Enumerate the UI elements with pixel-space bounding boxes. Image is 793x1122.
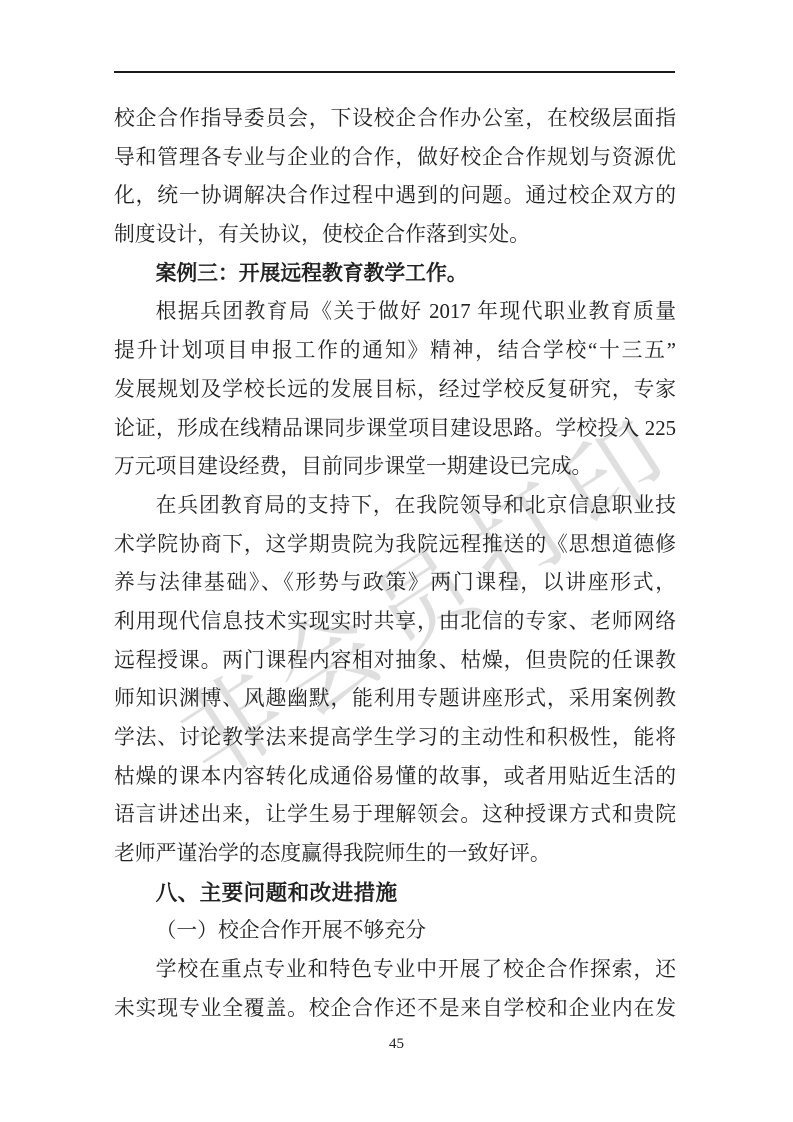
text-line: 根据兵团教育局《关于做好 2017 年现代职业教育质量	[114, 293, 676, 332]
text-line: 养与法律基础》、《形势与政策》两门课程，以讲座形式，	[114, 564, 676, 603]
text-line: 利用现代信息技术实现实时共享，由北信的专家、老师网络	[114, 603, 676, 642]
text-line: 校企合作指导委员会，下设校企合作办公室，在校级层面指	[114, 100, 676, 139]
text-line: 提升计划项目申报工作的通知》精神，结合学校“十三五”	[114, 332, 676, 371]
text-line: 学校在重点专业和特色专业中开展了校企合作探索，还	[114, 951, 676, 990]
case-three-heading: 案例三：开展远程教育教学工作。	[114, 255, 676, 294]
text-line: 万元项目建设经费，目前同步课堂一期建设已完成。	[114, 448, 676, 487]
text-line: 未实现专业全覆盖。校企合作还不是来自学校和企业内在发	[114, 990, 676, 1029]
text-line: 发展规划及学校长远的发展目标，经过学校反复研究，专家	[114, 371, 676, 410]
text-line: 学法、讨论教学法来提高学生学习的主动性和积极性，能将	[114, 719, 676, 758]
text-line: 导和管理各专业与企业的合作，做好校企合作规划与资源优	[114, 139, 676, 178]
text-line: 制度设计，有关协议，使校企合作落到实处。	[114, 216, 676, 255]
text-line: 枯燥的课本内容转化成通俗易懂的故事，或者用贴近生活的	[114, 758, 676, 797]
text-line: 远程授课。两门课程内容相对抽象、枯燥，但贵院的任课教	[114, 642, 676, 681]
text-line: 化，统一协调解决合作过程中遇到的问题。通过校企双方的	[114, 177, 676, 216]
text-line: 论证，形成在线精品课同步课堂项目建设思路。学校投入 225	[114, 410, 676, 449]
text-line: 在兵团教育局的支持下，在我院领导和北京信息职业技	[114, 487, 676, 526]
text-line: 师知识渊博、风趣幽默，能利用专题讲座形式，采用案例教	[114, 680, 676, 719]
section-eight-heading: 八、主要问题和改进措施	[114, 874, 676, 913]
document-body: 校企合作指导委员会，下设校企合作办公室，在校级层面指 导和管理各专业与企业的合作…	[114, 100, 676, 1029]
document-page: 非会员打印 校企合作指导委员会，下设校企合作办公室，在校级层面指 导和管理各专业…	[0, 0, 793, 1122]
header-divider	[114, 71, 675, 73]
text-line: 术学院协商下，这学期贵院为我院远程推送的《思想道德修	[114, 526, 676, 565]
text-line: 老师严谨治学的态度赢得我院师生的一致好评。	[114, 835, 676, 874]
text-line: 语言讲述出来，让学生易于理解领会。这种授课方式和贵院	[114, 796, 676, 835]
subsection-one-heading: （一）校企合作开展不够充分	[114, 912, 676, 951]
page-number: 45	[0, 1036, 793, 1053]
